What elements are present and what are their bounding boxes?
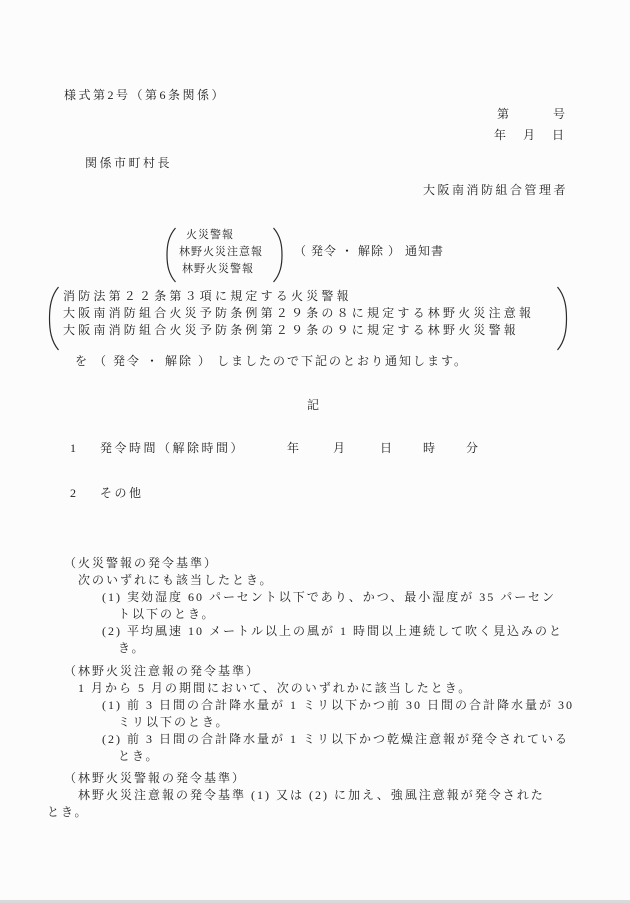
forest-advisory-item1-line2: ミリ以下のとき。: [118, 715, 230, 730]
notification-statement: を （ 発令 ・ 解除 ） しましたので下記のとおり通知します。: [75, 354, 468, 369]
forest-warning-body-line1: 林野火災注意報の発令基準 (1) 又は (2) に加え、強風注意報が発令された: [78, 788, 545, 803]
item1-field-month: 月: [333, 441, 348, 456]
title-suffix: （ 発令 ・ 解除 ） 通知書: [294, 244, 444, 259]
item1-number: 1: [70, 441, 79, 456]
item1-label: 発令時間（解除時間）: [100, 441, 245, 456]
fire-warning-criteria-intro: 次のいずれにも該当したとき。: [78, 573, 274, 588]
legal-line-forest-warning: 大阪南消防組合火災予防条例第２９条の９に規定する林野火災警報: [63, 323, 519, 338]
item2-label: その他: [100, 486, 144, 501]
fire-warning-item2-line1: (2) 平均風速 10 メートル以上の風が 1 時間以上連続して吹く見込みのと: [102, 624, 563, 639]
item2-number: 2: [70, 486, 79, 501]
title-bracket-right-icon: [272, 227, 284, 283]
fire-warning-item1-line2: ト以下のとき。: [118, 607, 216, 622]
date-day-label: 日: [552, 128, 567, 143]
legal-line-forest-advisory: 大阪南消防組合火災予防条例第２９条の８に規定する林野火災注意報: [63, 306, 534, 321]
document-page: 様式第2号（第6条関係） 第 号 年 月 日 関係市町村長 大阪南消防組合管理者…: [0, 0, 630, 903]
item1-field-hour: 時: [423, 441, 438, 456]
title-option-fire-warning: 火災警報: [186, 228, 234, 243]
title-bracket-left-icon: [165, 227, 177, 283]
legal-bracket-left-icon: [47, 286, 60, 351]
record-heading: 記: [307, 398, 322, 413]
form-number-label: 様式第2号（第6条関係）: [64, 88, 226, 103]
forest-advisory-item2-line2: とき。: [118, 749, 160, 764]
fire-warning-criteria-heading: （火災警報の発令基準）: [64, 556, 218, 571]
item1-field-day: 日: [380, 441, 395, 456]
forest-advisory-item2-line1: (2) 前 3 日間の合計降水量が 1 ミリ以下かつ乾燥注意報が発令されている: [102, 732, 569, 747]
fire-warning-item1-line1: (1) 実効湿度 60 パーセント以下であり、かつ、最小湿度が 35 パーセン: [102, 590, 556, 605]
forest-advisory-criteria-heading: （林野火災注意報の発令基準）: [64, 664, 260, 679]
date-year-label: 年: [494, 128, 509, 143]
sender: 大阪南消防組合管理者: [423, 183, 568, 198]
doc-number-prefix: 第: [497, 107, 512, 122]
addressee: 関係市町村長: [85, 156, 172, 171]
forest-advisory-criteria-intro: 1 月から 5 月の期間において、次のいずれかに該当したとき。: [78, 681, 472, 696]
fire-warning-item2-line2: き。: [118, 641, 146, 656]
forest-warning-criteria-heading: （林野火災警報の発令基準）: [64, 771, 246, 786]
item1-field-minute: 分: [466, 441, 481, 456]
item1-field-year: 年: [287, 441, 302, 456]
title-option-forest-advisory: 林野火災注意報: [179, 245, 263, 260]
date-month-label: 月: [523, 128, 538, 143]
legal-bracket-right-icon: [556, 286, 569, 351]
legal-line-fire-warning: 消防法第２２条第３項に規定する火災警報: [63, 289, 352, 304]
forest-warning-body-line2: とき。: [47, 805, 89, 820]
title-option-forest-warning: 林野火災警報: [182, 262, 254, 277]
forest-advisory-item1-line1: (1) 前 3 日間の合計降水量が 1 ミリ以下かつ前 30 日間の合計降水量が…: [102, 698, 574, 713]
doc-number-suffix: 号: [553, 107, 568, 122]
